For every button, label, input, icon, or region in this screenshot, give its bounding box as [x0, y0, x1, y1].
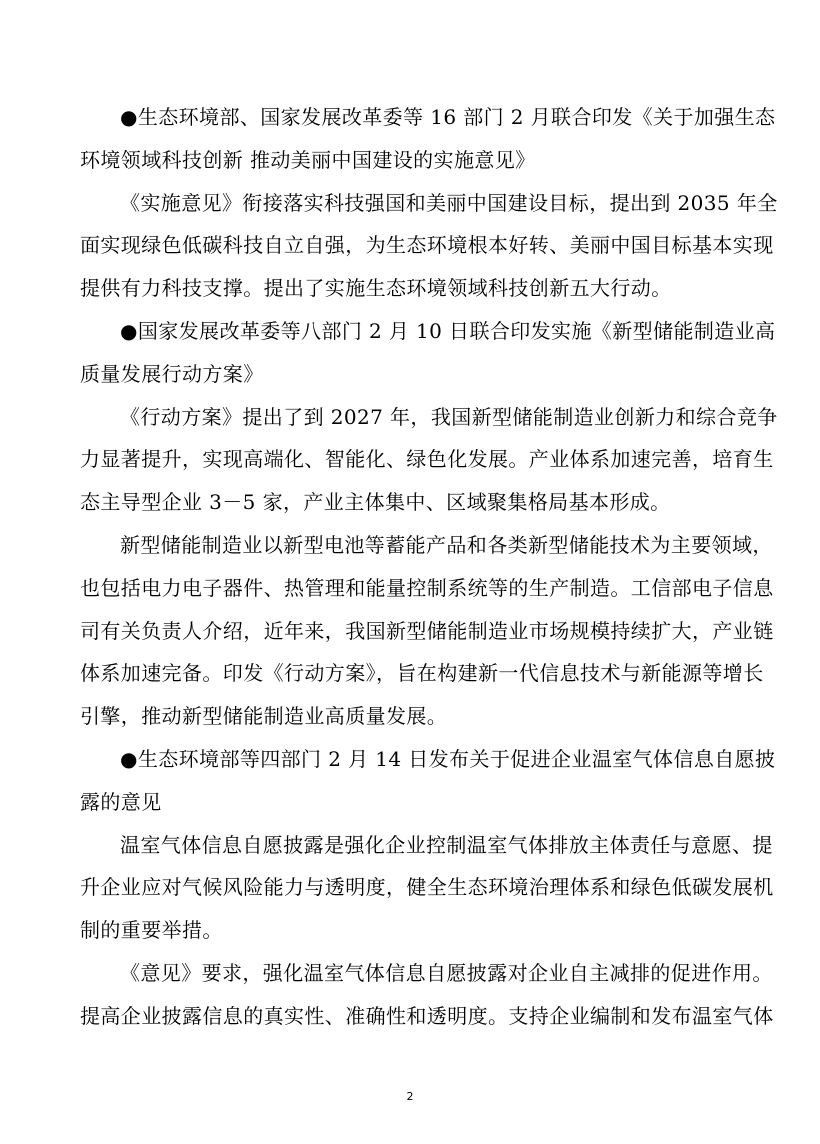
- document-page: ●生态环境部、国家发展改革委等 16 部门 2 月联合印发《关于加强生态 环境领…: [0, 0, 820, 1144]
- paragraph-ghg-disclosure-importance: 温室气体信息自愿披露是强化企业控制温室气体排放主体责任与意愿、提 升企业应对气候…: [80, 824, 742, 952]
- body-line: 体系加速完备。印发《行动方案》，旨在构建新一代信息技术与新能源等增长: [80, 652, 742, 695]
- body-line: 升企业应对气候风险能力与透明度，健全生态环境治理体系和绿色低碳发展机: [80, 866, 742, 909]
- body-line: 司有关负责人介绍，近年来，我国新型储能制造业市场规模持续扩大，产业链: [80, 610, 742, 653]
- bullet-heading-line: 露的意见: [80, 781, 742, 824]
- paragraph-policy-ghg-disclosure: ●生态环境部等四部门 2 月 14 日发布关于促进企业温室气体信息自愿披 露的意…: [80, 738, 742, 824]
- paragraph-policy-ecology-tech: ●生态环境部、国家发展改革委等 16 部门 2 月联合印发《关于加强生态 环境领…: [80, 96, 742, 182]
- body-line: 提高企业披露信息的真实性、准确性和透明度。支持企业编制和发布温室气体: [80, 995, 742, 1038]
- body-line: 制的重要举措。: [80, 909, 742, 952]
- bullet-heading-line: 质量发展行动方案》: [80, 353, 742, 396]
- document-body: ●生态环境部、国家发展改革委等 16 部门 2 月联合印发《关于加强生态 环境领…: [80, 96, 742, 1038]
- body-line: 也包括电力电子器件、热管理和能量控制系统等的生产制造。工信部电子信息: [80, 567, 742, 610]
- body-line: 态主导型企业 3－5 家，产业主体集中、区域聚集格局基本形成。: [80, 481, 742, 524]
- page-number: 2: [0, 1090, 820, 1103]
- paragraph-action-plan: 《行动方案》提出了到 2027 年，我国新型储能制造业创新力和综合竞争 力显著提…: [80, 396, 742, 524]
- body-line: 温室气体信息自愿披露是强化企业控制温室气体排放主体责任与意愿、提: [80, 824, 742, 867]
- body-line: 《行动方案》提出了到 2027 年，我国新型储能制造业创新力和综合竞争: [80, 396, 742, 439]
- body-line: 引擎，推动新型储能制造业高质量发展。: [80, 695, 742, 738]
- body-line: 新型储能制造业以新型电池等蓄能产品和各类新型储能技术为主要领域，: [80, 524, 742, 567]
- paragraph-implementation-opinion: 《实施意见》衔接落实科技强国和美丽中国建设目标，提出到 2035 年全 面实现绿…: [80, 182, 742, 310]
- body-line: 提供有力科技支撑。提出了实施生态环境领域科技创新五大行动。: [80, 267, 742, 310]
- bullet-heading-line: ●生态环境部等四部门 2 月 14 日发布关于促进企业温室气体信息自愿披: [80, 738, 742, 781]
- paragraph-opinion-requirements: 《意见》要求，强化温室气体信息自愿披露对企业自主减排的促进作用。 提高企业披露信…: [80, 952, 742, 1038]
- bullet-heading-line: ●国家发展改革委等八部门 2 月 10 日联合印发实施《新型储能制造业高: [80, 310, 742, 353]
- body-line: 面实现绿色低碳科技自立自强，为生态环境根本好转、美丽中国目标基本实现: [80, 224, 742, 267]
- paragraph-policy-energy-storage: ●国家发展改革委等八部门 2 月 10 日联合印发实施《新型储能制造业高 质量发…: [80, 310, 742, 396]
- body-line: 《意见》要求，强化温室气体信息自愿披露对企业自主减排的促进作用。: [80, 952, 742, 995]
- bullet-heading-line: ●生态环境部、国家发展改革委等 16 部门 2 月联合印发《关于加强生态: [80, 96, 742, 139]
- body-line: 《实施意见》衔接落实科技强国和美丽中国建设目标，提出到 2035 年全: [80, 182, 742, 225]
- bullet-heading-line: 环境领域科技创新 推动美丽中国建设的实施意见》: [80, 139, 742, 182]
- body-line: 力显著提升，实现高端化、智能化、绿色化发展。产业体系加速完善，培育生: [80, 438, 742, 481]
- paragraph-energy-storage-industry: 新型储能制造业以新型电池等蓄能产品和各类新型储能技术为主要领域， 也包括电力电子…: [80, 524, 742, 738]
